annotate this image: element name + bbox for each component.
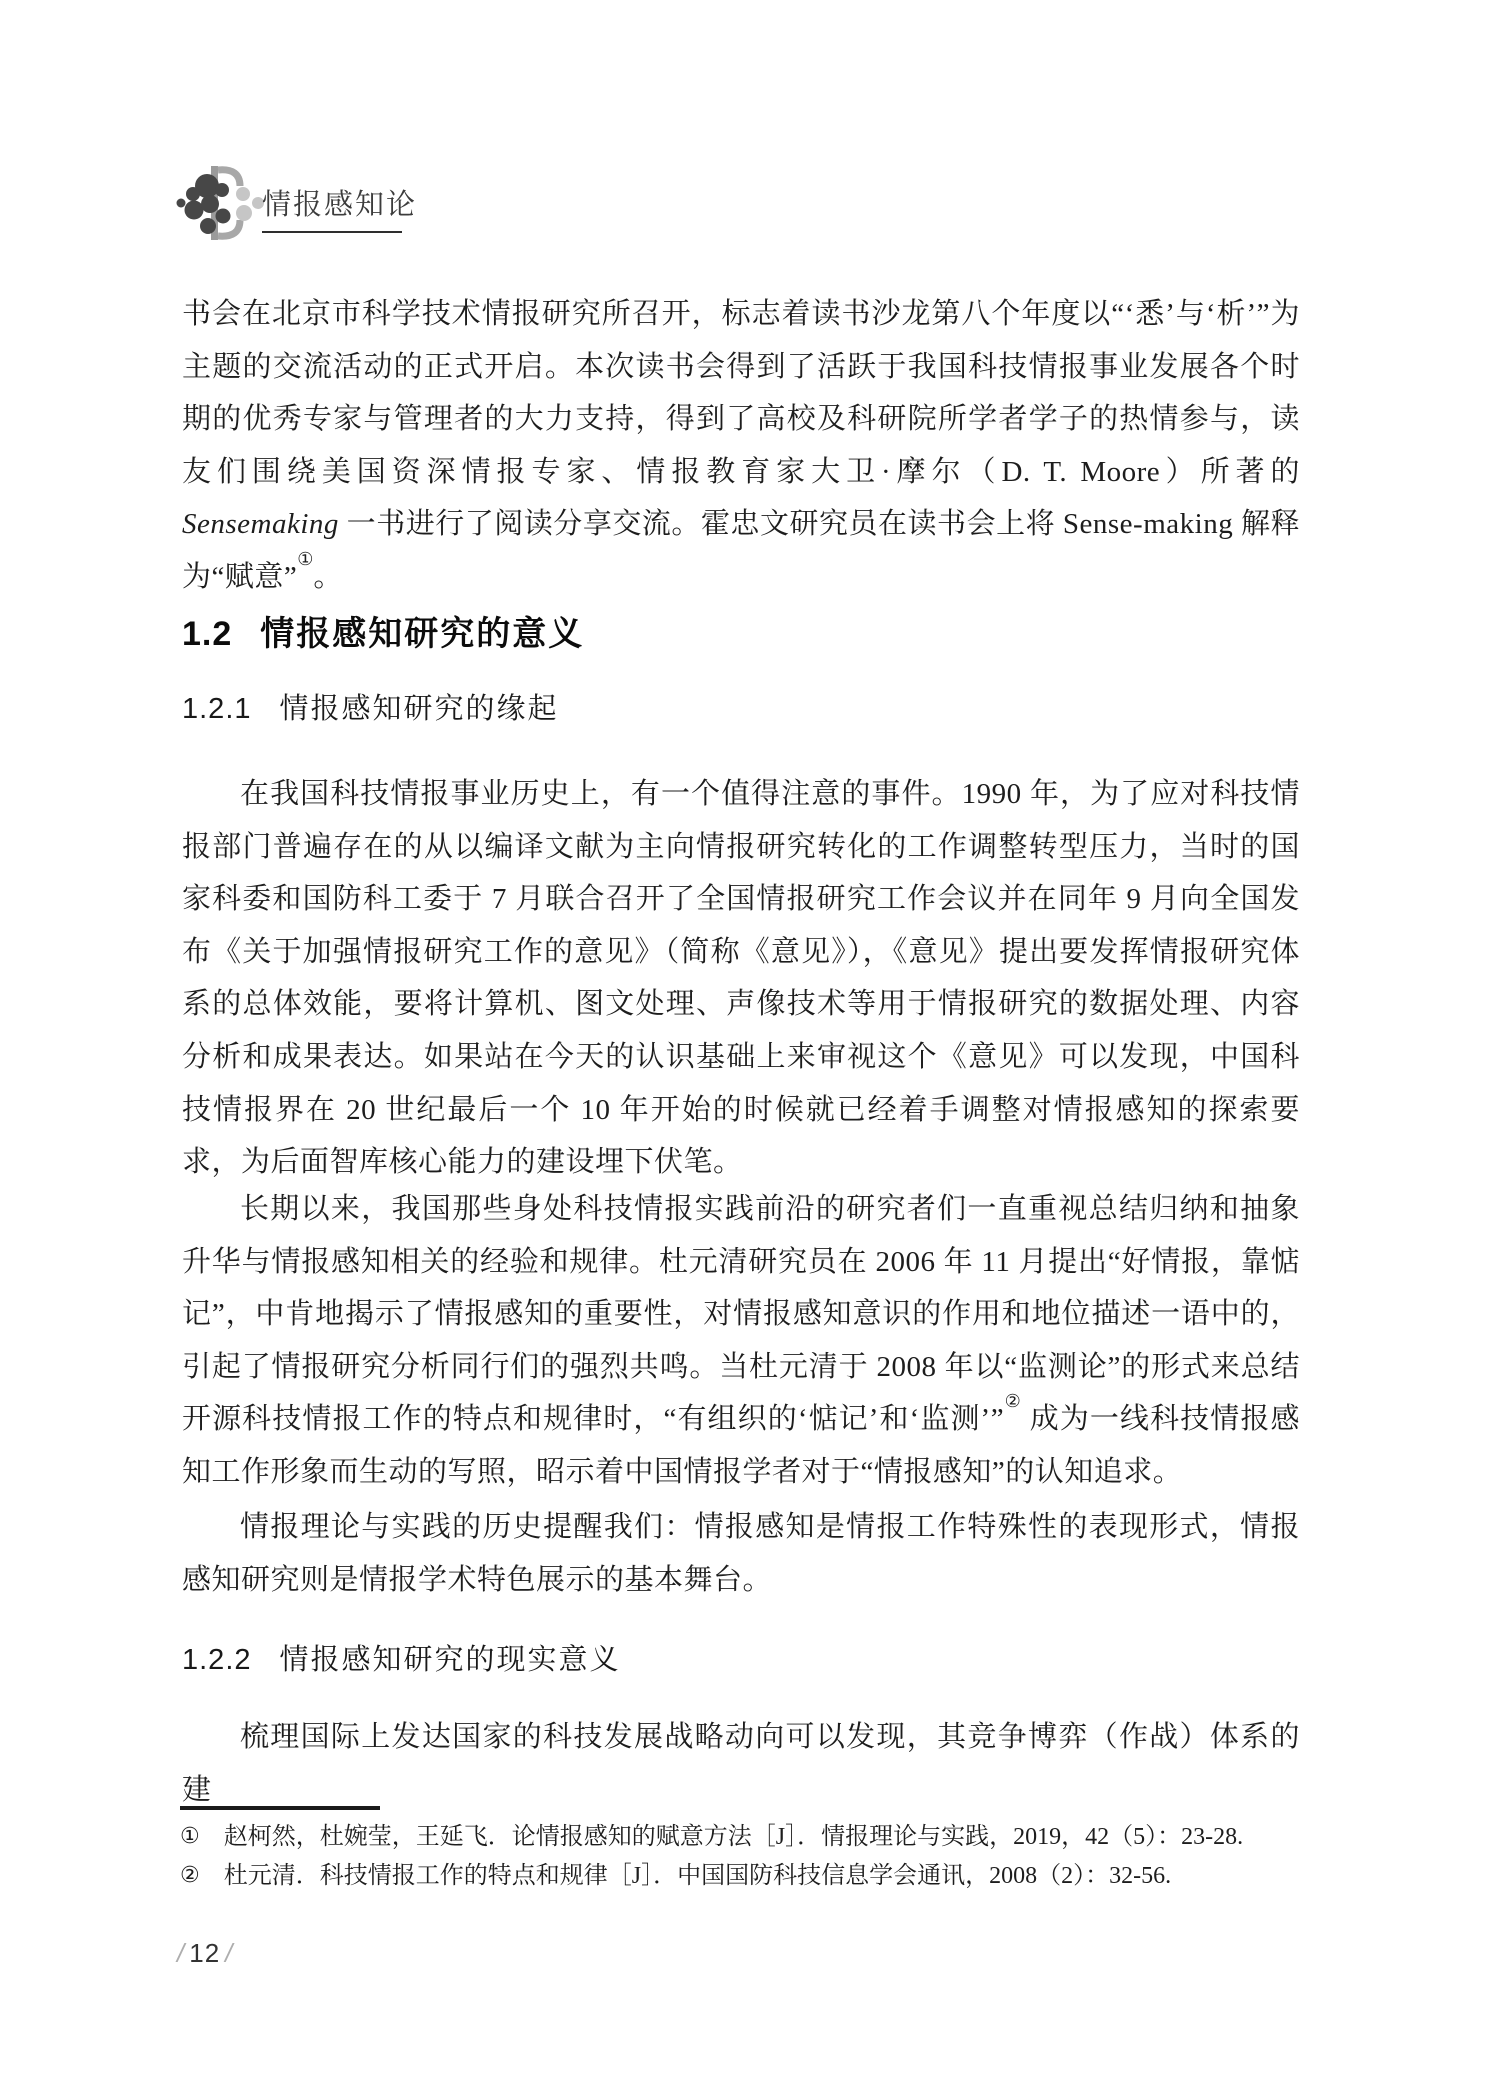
footnote-separator-rule [180, 1806, 380, 1810]
paragraph-theory-practice: 情报理论与实践的历史提醒我们：情报感知是情报工作特殊性的表现形式，情报感知研究则… [182, 1501, 1300, 1606]
page-number-slash: / [177, 1938, 184, 1968]
dots-book-logo-icon [174, 162, 266, 248]
subsection-title: 情报感知研究的缘起 [280, 693, 559, 725]
footnote-text: 赵柯然，杜婉莹，王延飞．论情报感知的赋意方法［J］．情报理论与实践，2019，4… [224, 1818, 1302, 1857]
book-title: 情报感知论 [262, 182, 417, 223]
subsection-heading-1-2-2: 1.2.2情报感知研究的现实意义 [182, 1637, 621, 1678]
paragraph-reading-salon: 书会在北京市科学技术情报研究所召开，标志着读书沙龙第八个年度以“‘悉’与‘析’”… [182, 288, 1300, 604]
footnotes: ① 赵柯然，杜婉莹，王延飞．论情报感知的赋意方法［J］．情报理论与实践，2019… [180, 1818, 1302, 1895]
footnote-item: ① 赵柯然，杜婉莹，王延飞．论情报感知的赋意方法［J］．情报理论与实践，2019… [180, 1818, 1302, 1857]
section-title: 情报感知研究的意义 [260, 615, 584, 653]
page-number-slash: / [225, 1938, 232, 1968]
page-number: /12/ [172, 1938, 237, 1969]
footnote-text: 杜元清．科技情报工作的特点和规律［J］．中国国防科技信息学会通讯，2008（2）… [224, 1857, 1302, 1896]
title-underline [262, 231, 402, 233]
paragraph-du-yuanqing: 长期以来，我国那些身处科技情报实践前沿的研究者们一直重视总结归纳和抽象升华与情报… [182, 1183, 1300, 1499]
paragraph-international-trends: 梳理国际上发达国家的科技发展战略动向可以发现，其竞争博弈（作战）体系的建 [182, 1711, 1300, 1816]
page-number-value: 12 [189, 1938, 220, 1968]
footnote-marker: ② [180, 1857, 200, 1896]
footnote-marker: ① [180, 1818, 200, 1857]
subsection-number: 1.2.1 [182, 693, 252, 725]
book-page: 情报感知论 书会在北京市科学技术情报研究所召开，标志着读书沙龙第八个年度以“‘悉… [0, 0, 1504, 2095]
section-heading-1-2: 1.2情报感知研究的意义 [182, 606, 584, 655]
subsection-title: 情报感知研究的现实意义 [280, 1644, 621, 1676]
subsection-number: 1.2.2 [182, 1644, 252, 1676]
paragraph-1990-event: 在我国科技情报事业历史上，有一个值得注意的事件。1990 年，为了应对科技情报部… [182, 768, 1300, 1189]
section-number: 1.2 [182, 615, 232, 653]
subsection-heading-1-2-1: 1.2.1情报感知研究的缘起 [182, 686, 559, 727]
footnote-item: ② 杜元清．科技情报工作的特点和规律［J］．中国国防科技信息学会通讯，2008（… [180, 1857, 1302, 1896]
